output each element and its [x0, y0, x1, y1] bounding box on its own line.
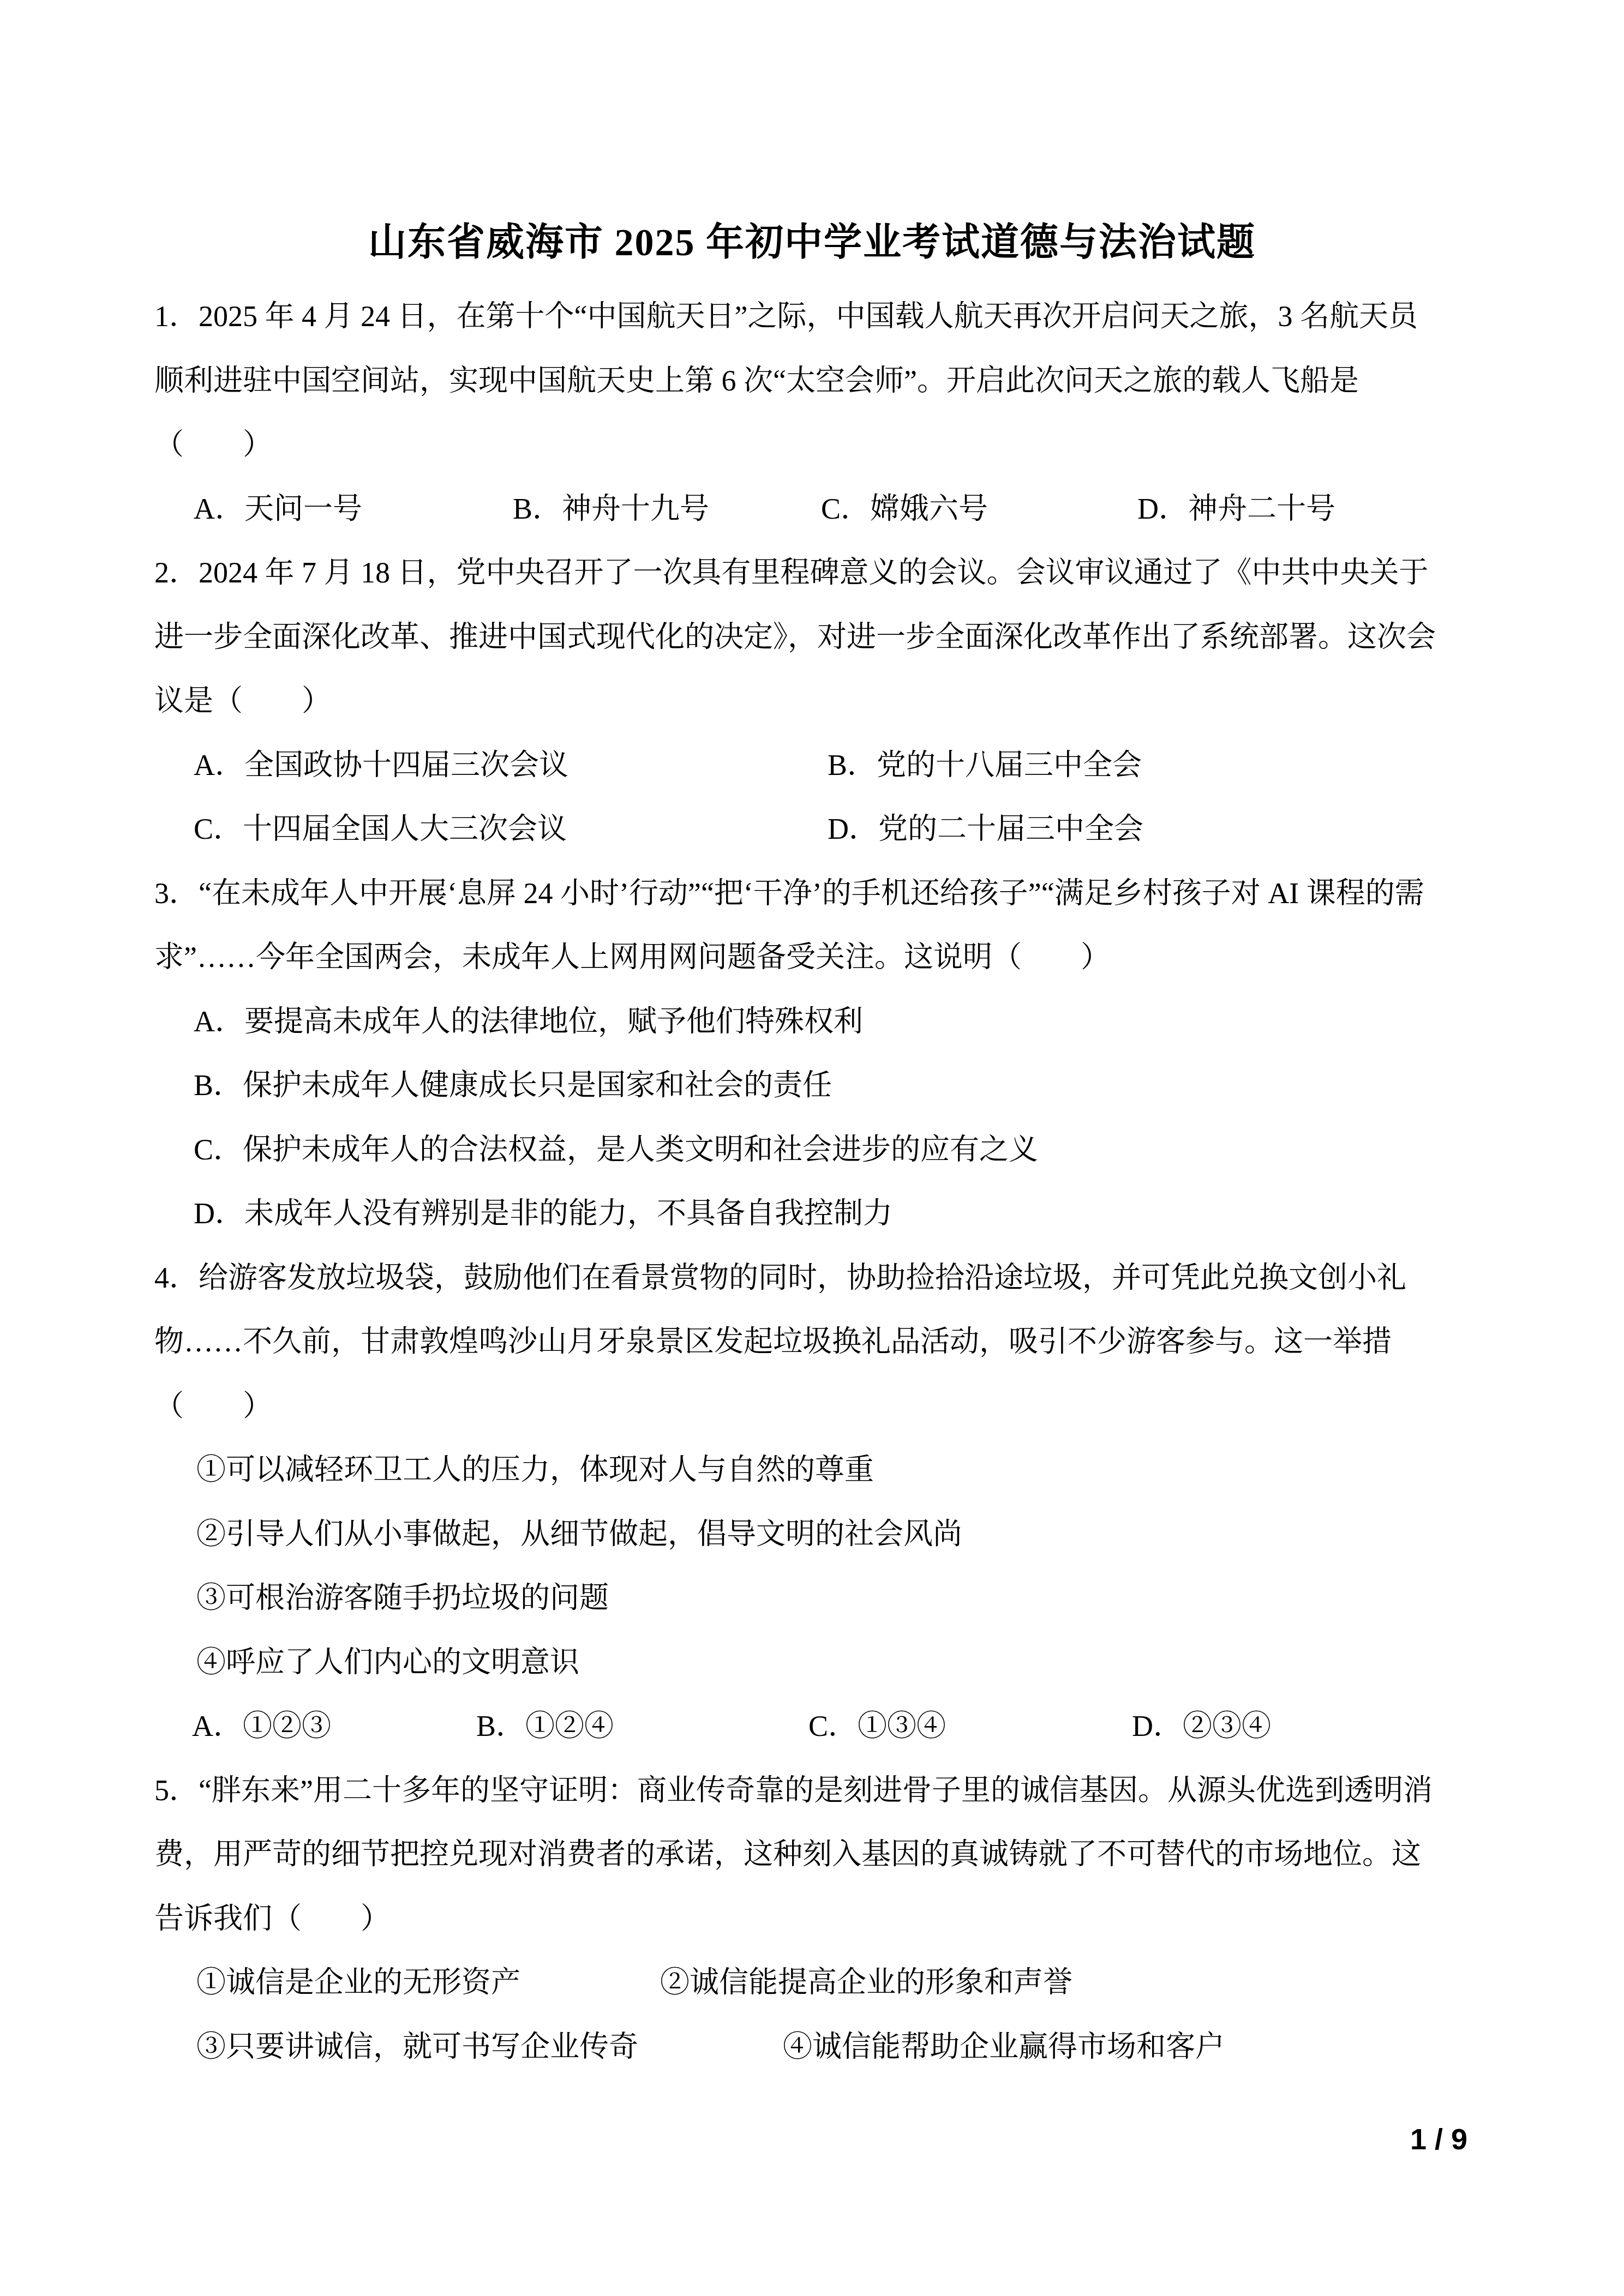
question-2-line-2: 进一步全面深化改革、推进中国式现代化的决定》，对进一步全面深化改革作出了系统部署… — [154, 605, 1480, 670]
question-3-option-d: D．未成年人没有辨别是非的能力，不具备自我控制力 — [194, 1182, 892, 1246]
question-1-paren-line: （ ） — [154, 413, 1480, 477]
question-4-line-1: 4．给游客发放垃圾袋，鼓励他们在看景赏物的同时，协助捡拾沿途垃圾，并可凭此兑换文… — [154, 1246, 1480, 1311]
question-4-statement-row-3: ③可根治游客随手扔垃圾的问题 — [154, 1566, 1480, 1631]
question-5-statement-row-2: ③只要讲诚信，就可书写企业传奇 ④诚信能帮助企业赢得市场和客户 — [154, 2015, 1480, 2079]
question-3-option-row-a: A．要提高未成年人的法律地位，赋予他们特殊权利 — [154, 990, 1480, 1054]
question-3-line-2: 求”……今年全国两会，未成年人上网用网问题备受关注。这说明（ ） — [154, 925, 1480, 990]
question-5-statement-1: ①诚信是企业的无形资产 — [196, 1951, 520, 2015]
question-4-statement-3: ③可根治游客随手扔垃圾的问题 — [196, 1566, 609, 1631]
question-1-option-a: A．天问一号 — [194, 477, 362, 542]
question-4-statement-row-4: ④呼应了人们内心的文明意识 — [154, 1631, 1480, 1695]
question-3-line-1: 3．“在未成年人中开展‘息屏 24 小时’行动”“把‘干净’的手机还给孩子”“满… — [154, 862, 1480, 926]
question-4-statement-row-2: ②引导人们从小事做起，从细节做起，倡导文明的社会风尚 — [154, 1502, 1480, 1567]
question-4-option-d: D．②③④ — [1132, 1694, 1271, 1759]
question-3-option-row-b: B．保护未成年人健康成长只是国家和社会的责任 — [154, 1054, 1480, 1118]
question-1-option-c: C．嫦娥六号 — [821, 477, 988, 542]
question-3-option-c: C．保护未成年人的合法权益，是人类文明和社会进步的应有之义 — [194, 1118, 1038, 1182]
question-4-line-2: 物……不久前，甘肃敦煌鸣沙山月牙泉景区发起垃圾换礼品活动，吸引不少游客参与。这一… — [154, 1310, 1480, 1374]
question-4-statement-2: ②引导人们从小事做起，从细节做起，倡导文明的社会风尚 — [196, 1502, 962, 1567]
question-5-line-3: 告诉我们（ ） — [154, 1887, 1480, 1951]
question-4-option-c: C．①③④ — [808, 1694, 946, 1759]
question-5-line-2: 费，用严苛的细节把控兑现对消费者的承诺，这种刻入基因的真诚铸就了不可替代的市场地… — [154, 1823, 1480, 1887]
question-4-option-b: B．①②④ — [476, 1694, 614, 1759]
question-4-statement-1: ①可以减轻环卫工人的压力，体现对人与自然的尊重 — [196, 1438, 874, 1502]
question-2-options-row-1: A．全国政协十四届三次会议 B．党的十八届三中全会 — [154, 734, 1480, 798]
question-2-line-1: 2．2024 年 7 月 18 日，党中央召开了一次具有里程碑意义的会议。会议审… — [154, 541, 1480, 605]
question-4-options-row: A．①②③ B．①②④ C．①③④ D．②③④ — [154, 1694, 1480, 1759]
question-4-option-a: A．①②③ — [192, 1694, 331, 1759]
question-2-option-a: A．全国政协十四届三次会议 — [194, 734, 568, 798]
question-3-option-row-d: D．未成年人没有辨别是非的能力，不具备自我控制力 — [154, 1182, 1480, 1246]
question-1-line-2: 顺利进驻中国空间站，实现中国航天史上第 6 次“太空会师”。开启此次问天之旅的载… — [154, 349, 1480, 413]
question-1-option-d: D．神舟二十号 — [1137, 477, 1335, 542]
question-4-paren-line: （ ） — [154, 1374, 1480, 1439]
question-5-statement-4: ④诚信能帮助企业赢得市场和客户 — [783, 2015, 1225, 2079]
question-2-option-c: C．十四届全国人大三次会议 — [194, 797, 567, 862]
question-5-line-1: 5．“胖东来”用二十多年的坚守证明：商业传奇靠的是刻进骨子里的诚信基因。从源头优… — [154, 1759, 1480, 1823]
question-4-statement-4: ④呼应了人们内心的文明意识 — [196, 1631, 579, 1695]
question-3-option-a: A．要提高未成年人的法律地位，赋予他们特殊权利 — [194, 990, 863, 1054]
question-2-option-d: D．党的二十届三中全会 — [828, 797, 1143, 862]
question-5-statement-3: ③只要讲诚信，就可书写企业传奇 — [196, 2015, 638, 2079]
question-1-options-row: A．天问一号 B．神舟十九号 C．嫦娥六号 D．神舟二十号 — [154, 477, 1480, 542]
question-5-statement-row-1: ①诚信是企业的无形资产 ②诚信能提高企业的形象和声誉 — [154, 1951, 1480, 2015]
exam-title: 山东省威海市 2025 年初中学业考试道德与法治试题 — [0, 212, 1624, 267]
question-4-statement-row-1: ①可以减轻环卫工人的压力，体现对人与自然的尊重 — [154, 1438, 1480, 1502]
question-5-statement-2: ②诚信能提高企业的形象和声誉 — [660, 1951, 1072, 2015]
question-2-option-b: B．党的十八届三中全会 — [828, 734, 1142, 798]
page-number: 1 / 9 — [1410, 2123, 1467, 2156]
question-1-line-1: 1．2025 年 4 月 24 日，在第十个“中国航天日”之际，中国载人航天再次… — [154, 285, 1480, 349]
question-3-option-b: B．保护未成年人健康成长只是国家和社会的责任 — [194, 1054, 832, 1118]
exam-body: 1．2025 年 4 月 24 日，在第十个“中国航天日”之际，中国载人航天再次… — [154, 285, 1480, 2079]
question-1-option-b: B．神舟十九号 — [513, 477, 709, 542]
question-2-line-3: 议是（ ） — [154, 669, 1480, 734]
question-3-option-row-c: C．保护未成年人的合法权益，是人类文明和社会进步的应有之义 — [154, 1118, 1480, 1182]
exam-page: 山东省威海市 2025 年初中学业考试道德与法治试题 1．2025 年 4 月 … — [0, 0, 1624, 2296]
question-2-options-row-2: C．十四届全国人大三次会议 D．党的二十届三中全会 — [154, 797, 1480, 862]
